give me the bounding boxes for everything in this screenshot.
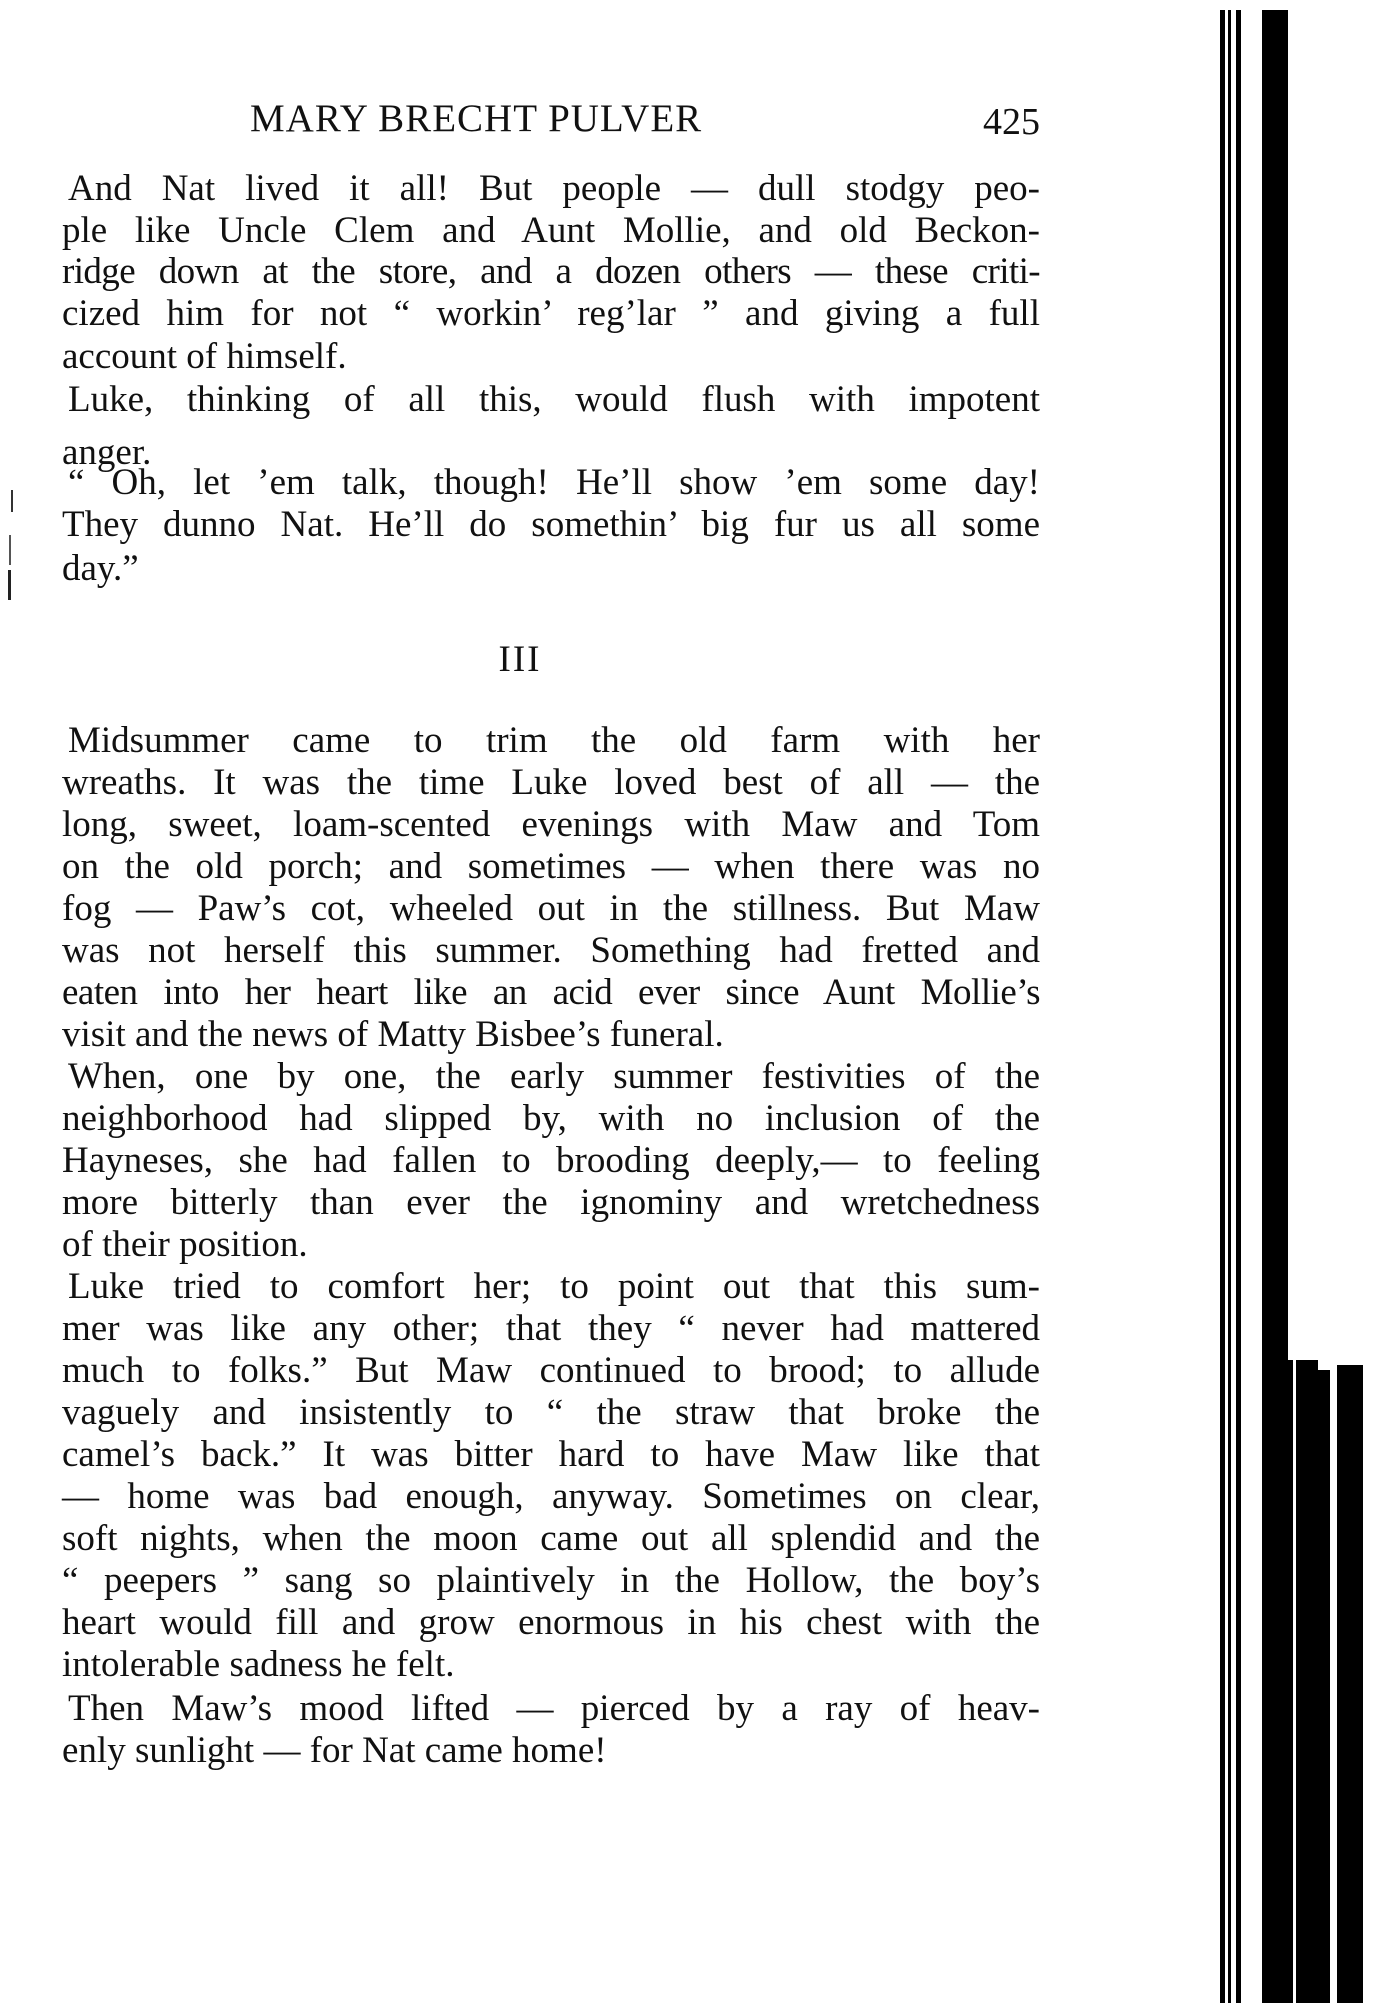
text-line: camel’s back.” It was bitter hard to hav… xyxy=(62,1434,1040,1476)
text-line: fog — Paw’s cot, wheeled out in the stil… xyxy=(62,888,1040,930)
text-line: intolerable sadness he felt. xyxy=(62,1644,1040,1686)
margin-mark xyxy=(9,535,11,565)
text-line: of their position. xyxy=(62,1224,1040,1266)
text-line: account of himself. xyxy=(62,336,1040,378)
text-line: cized him for not “ workin’ reg’lar ” an… xyxy=(62,293,1040,335)
section-heading: III xyxy=(0,638,1040,681)
text-line: ridge down at the store, and a dozen oth… xyxy=(62,251,1040,293)
margin-mark xyxy=(8,570,11,600)
text-line: Luke, thinking of all this, would flush … xyxy=(68,379,1040,421)
text-line: enly sunlight — for Nat came home! xyxy=(62,1730,1040,1772)
text-line: wreaths. It was the time Luke loved best… xyxy=(62,762,1040,804)
section-numeral: III xyxy=(499,639,542,680)
text-line: visit and the news of Matty Bisbee’s fun… xyxy=(62,1014,1040,1056)
text-line: Then Maw’s mood lifted — pierced by a ra… xyxy=(68,1688,1040,1730)
text-line: — home was bad enough, anyway. Sometimes… xyxy=(62,1476,1040,1518)
text-line: vaguely and insistently to “ the straw t… xyxy=(62,1392,1040,1434)
text-line: eaten into her heart like an acid ever s… xyxy=(62,972,1040,1014)
text-line: was not herself this summer. Something h… xyxy=(62,930,1040,972)
text-line: mer was like any other; that they “ neve… xyxy=(62,1308,1040,1350)
text-line: ple like Uncle Clem and Aunt Mollie, and… xyxy=(62,210,1040,252)
text-line: long, sweet, loam-scented evenings with … xyxy=(62,804,1040,846)
text-line: Luke tried to comfort her; to point out … xyxy=(68,1266,1040,1308)
text-line: “ peepers ” sang so plaintively in the H… xyxy=(62,1560,1040,1602)
margin-mark xyxy=(11,490,13,512)
text-line: Midsummer came to trim the old farm with… xyxy=(68,720,1040,762)
text-line: heart would fill and grow enormous in hi… xyxy=(62,1602,1040,1644)
text-line: Hayneses, she had fallen to brooding dee… xyxy=(62,1140,1040,1182)
text-line: “ Oh, let ’em talk, though! He’ll show ’… xyxy=(68,462,1040,504)
text-line: soft nights, when the moon came out all … xyxy=(62,1518,1040,1560)
text-line: They dunno Nat. He’ll do somethin’ big f… xyxy=(62,504,1040,546)
running-title: MARY BRECHT PULVER xyxy=(250,96,702,141)
text-line: When, one by one, the early summer festi… xyxy=(68,1056,1040,1098)
text-line: And Nat lived it all! But people — dull … xyxy=(68,168,1040,210)
page-header: MARY BRECHT PULVER 425 xyxy=(250,96,1040,146)
text-line: day.” xyxy=(62,548,1040,590)
page-number: 425 xyxy=(983,100,1040,144)
text-line: on the old porch; and sometimes — when t… xyxy=(62,846,1040,888)
text-line: much to folks.” But Maw continued to bro… xyxy=(62,1350,1040,1392)
text-line: neighborhood had slipped by, with no inc… xyxy=(62,1098,1040,1140)
scanned-book-page: MARY BRECHT PULVER 425 And Nat lived it … xyxy=(0,0,1373,2003)
text-line: more bitterly than ever the ignominy and… xyxy=(62,1182,1040,1224)
